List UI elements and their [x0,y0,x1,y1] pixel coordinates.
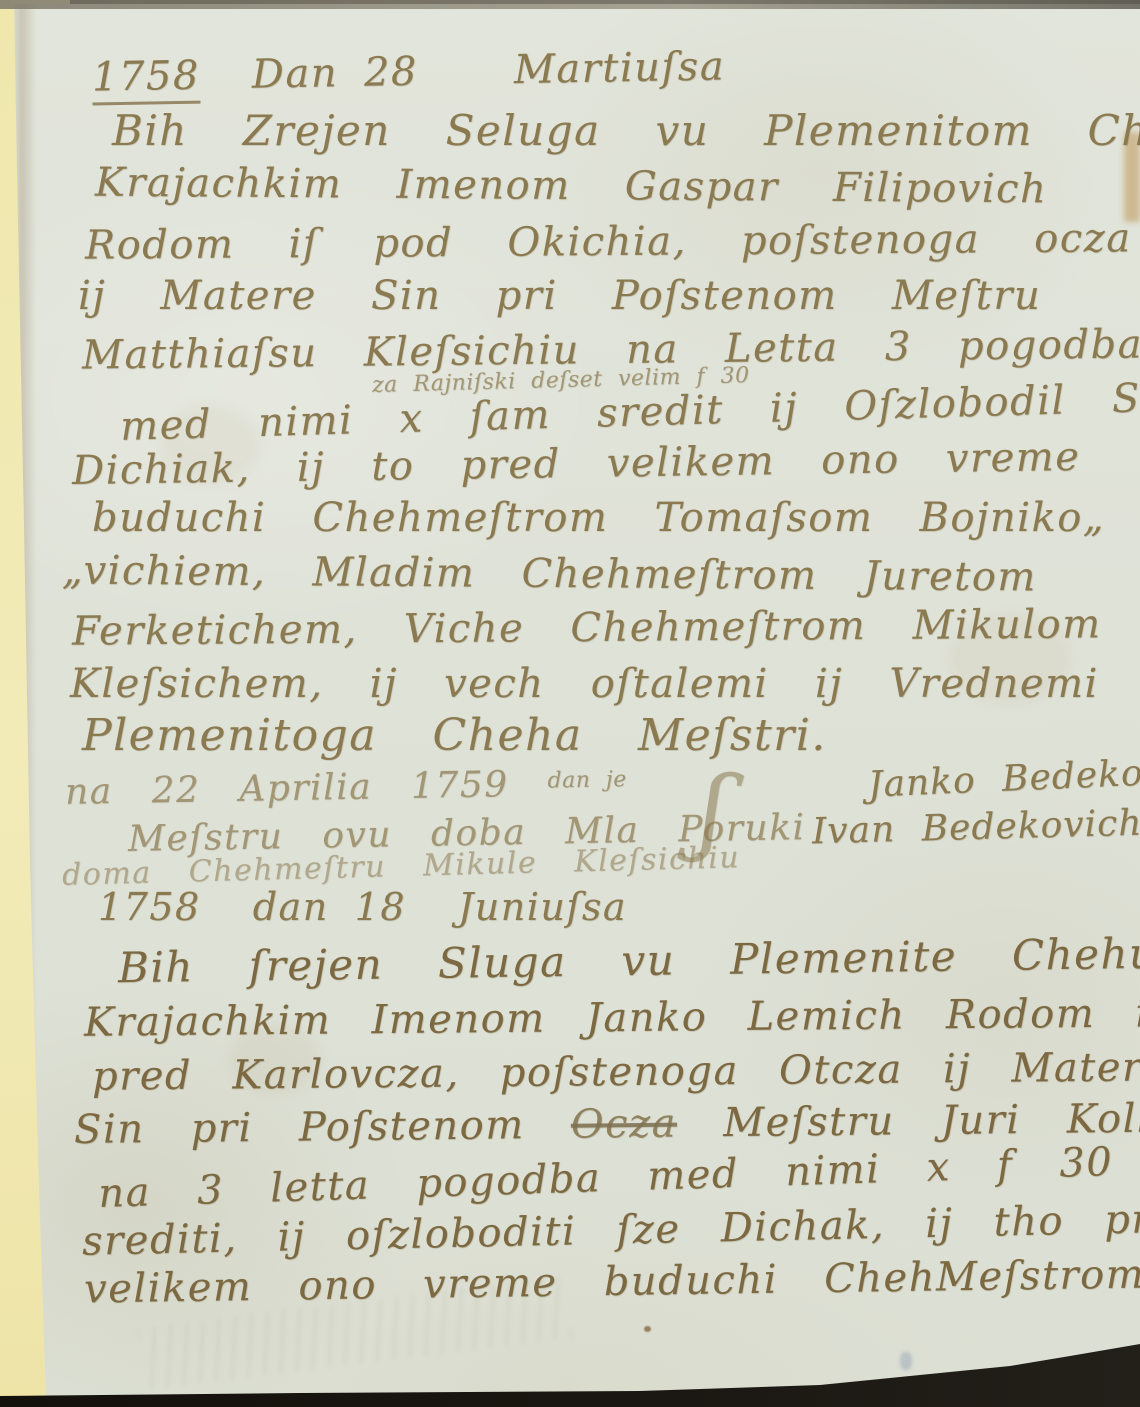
manuscript-line: Rodom iſ pod Okichia, poſstenoga ocza [85,218,1132,265]
line-segment: Sin pri Poſstenom [74,1102,525,1153]
line-segment: Meſstru Juri Kollom [723,1095,1140,1146]
entry2-month: Juniuſsa [458,885,627,929]
manuscript-line: „vichiem, Mladim Chehmeſtrom Juretom [62,551,1037,598]
manuscript-line: Dichiak, ij to pred velikem ono vreme [72,437,1081,491]
manuscript-line: Bih Zrejen Seluga vu Plemenitom Chehu [112,110,1140,152]
entry1-heading: 1758Dan28Martiuſsa [92,46,726,97]
entry1-dan-label: Dan [251,50,338,97]
entry2-year: 1758 [98,885,201,929]
manuscript-line: pred Karlovcza, poſstenoga Otcza ij Mate… [92,1047,1140,1096]
manuscript-line: buduchi Chehmeſtrom Tomaſsom Bojniko„ [92,498,1105,538]
manuscript-line: Kleſsichem, ij vech oſtalemi ij Vrednemi [70,664,1099,704]
book-edge-top [0,0,1140,9]
entry1-day: 28 [364,49,419,96]
entry1-month: Martiuſsa [513,43,725,93]
manuscript-line: Krajachkim Imenom Gaspar Filipovich [95,163,1048,210]
manuscript-line: Sin pri Poſstenom Ocza Meſstru Juri Koll… [74,1098,1140,1150]
attestation-date: na 22 Aprilia 1759 dan je [65,765,627,811]
manuscript-line: Ferketichem, Viche Chehmeſtrom Mikulom [72,604,1102,651]
manuscript-line: Plemenitoga Cheha Meſstri. [82,714,827,758]
manuscript-line: Bih ſrejen Sluga vu Plemenite Chehu [118,933,1140,990]
manuscript-line: ij Matere Sin pri Poſstenom Meſtru [78,276,1041,316]
attestation-date-note: dan je [547,767,627,793]
entry1-year: 1758 [92,53,201,106]
witness-signature: Janko Bedekovich [867,752,1140,803]
entry2-day: 18 [355,885,406,929]
entry2-heading: 1758dan18Juniuſsa [98,888,627,926]
manuscript-line: velikem ono vreme buduchi ChehMeſstrom [84,1255,1140,1310]
witness-signature: Ivan Bedekovich [812,806,1140,851]
entry2-dan-label: dan [253,885,329,929]
struck-word: Ocza [571,1101,678,1148]
faint-mark [900,1352,912,1370]
manuscript-page: 1758Dan28Martiuſsa Bih Zrejen Seluga vu … [0,4,1140,1402]
ink-speck [644,1326,651,1332]
manuscript-line: Krajachkim Imenom Janko Lemich Rodom iſ [84,993,1140,1042]
manuscript-photo: 1758Dan28Martiuſsa Bih Zrejen Seluga vu … [0,0,1140,1407]
attestation-date-main: na 22 Aprilia 1759 [65,764,509,813]
